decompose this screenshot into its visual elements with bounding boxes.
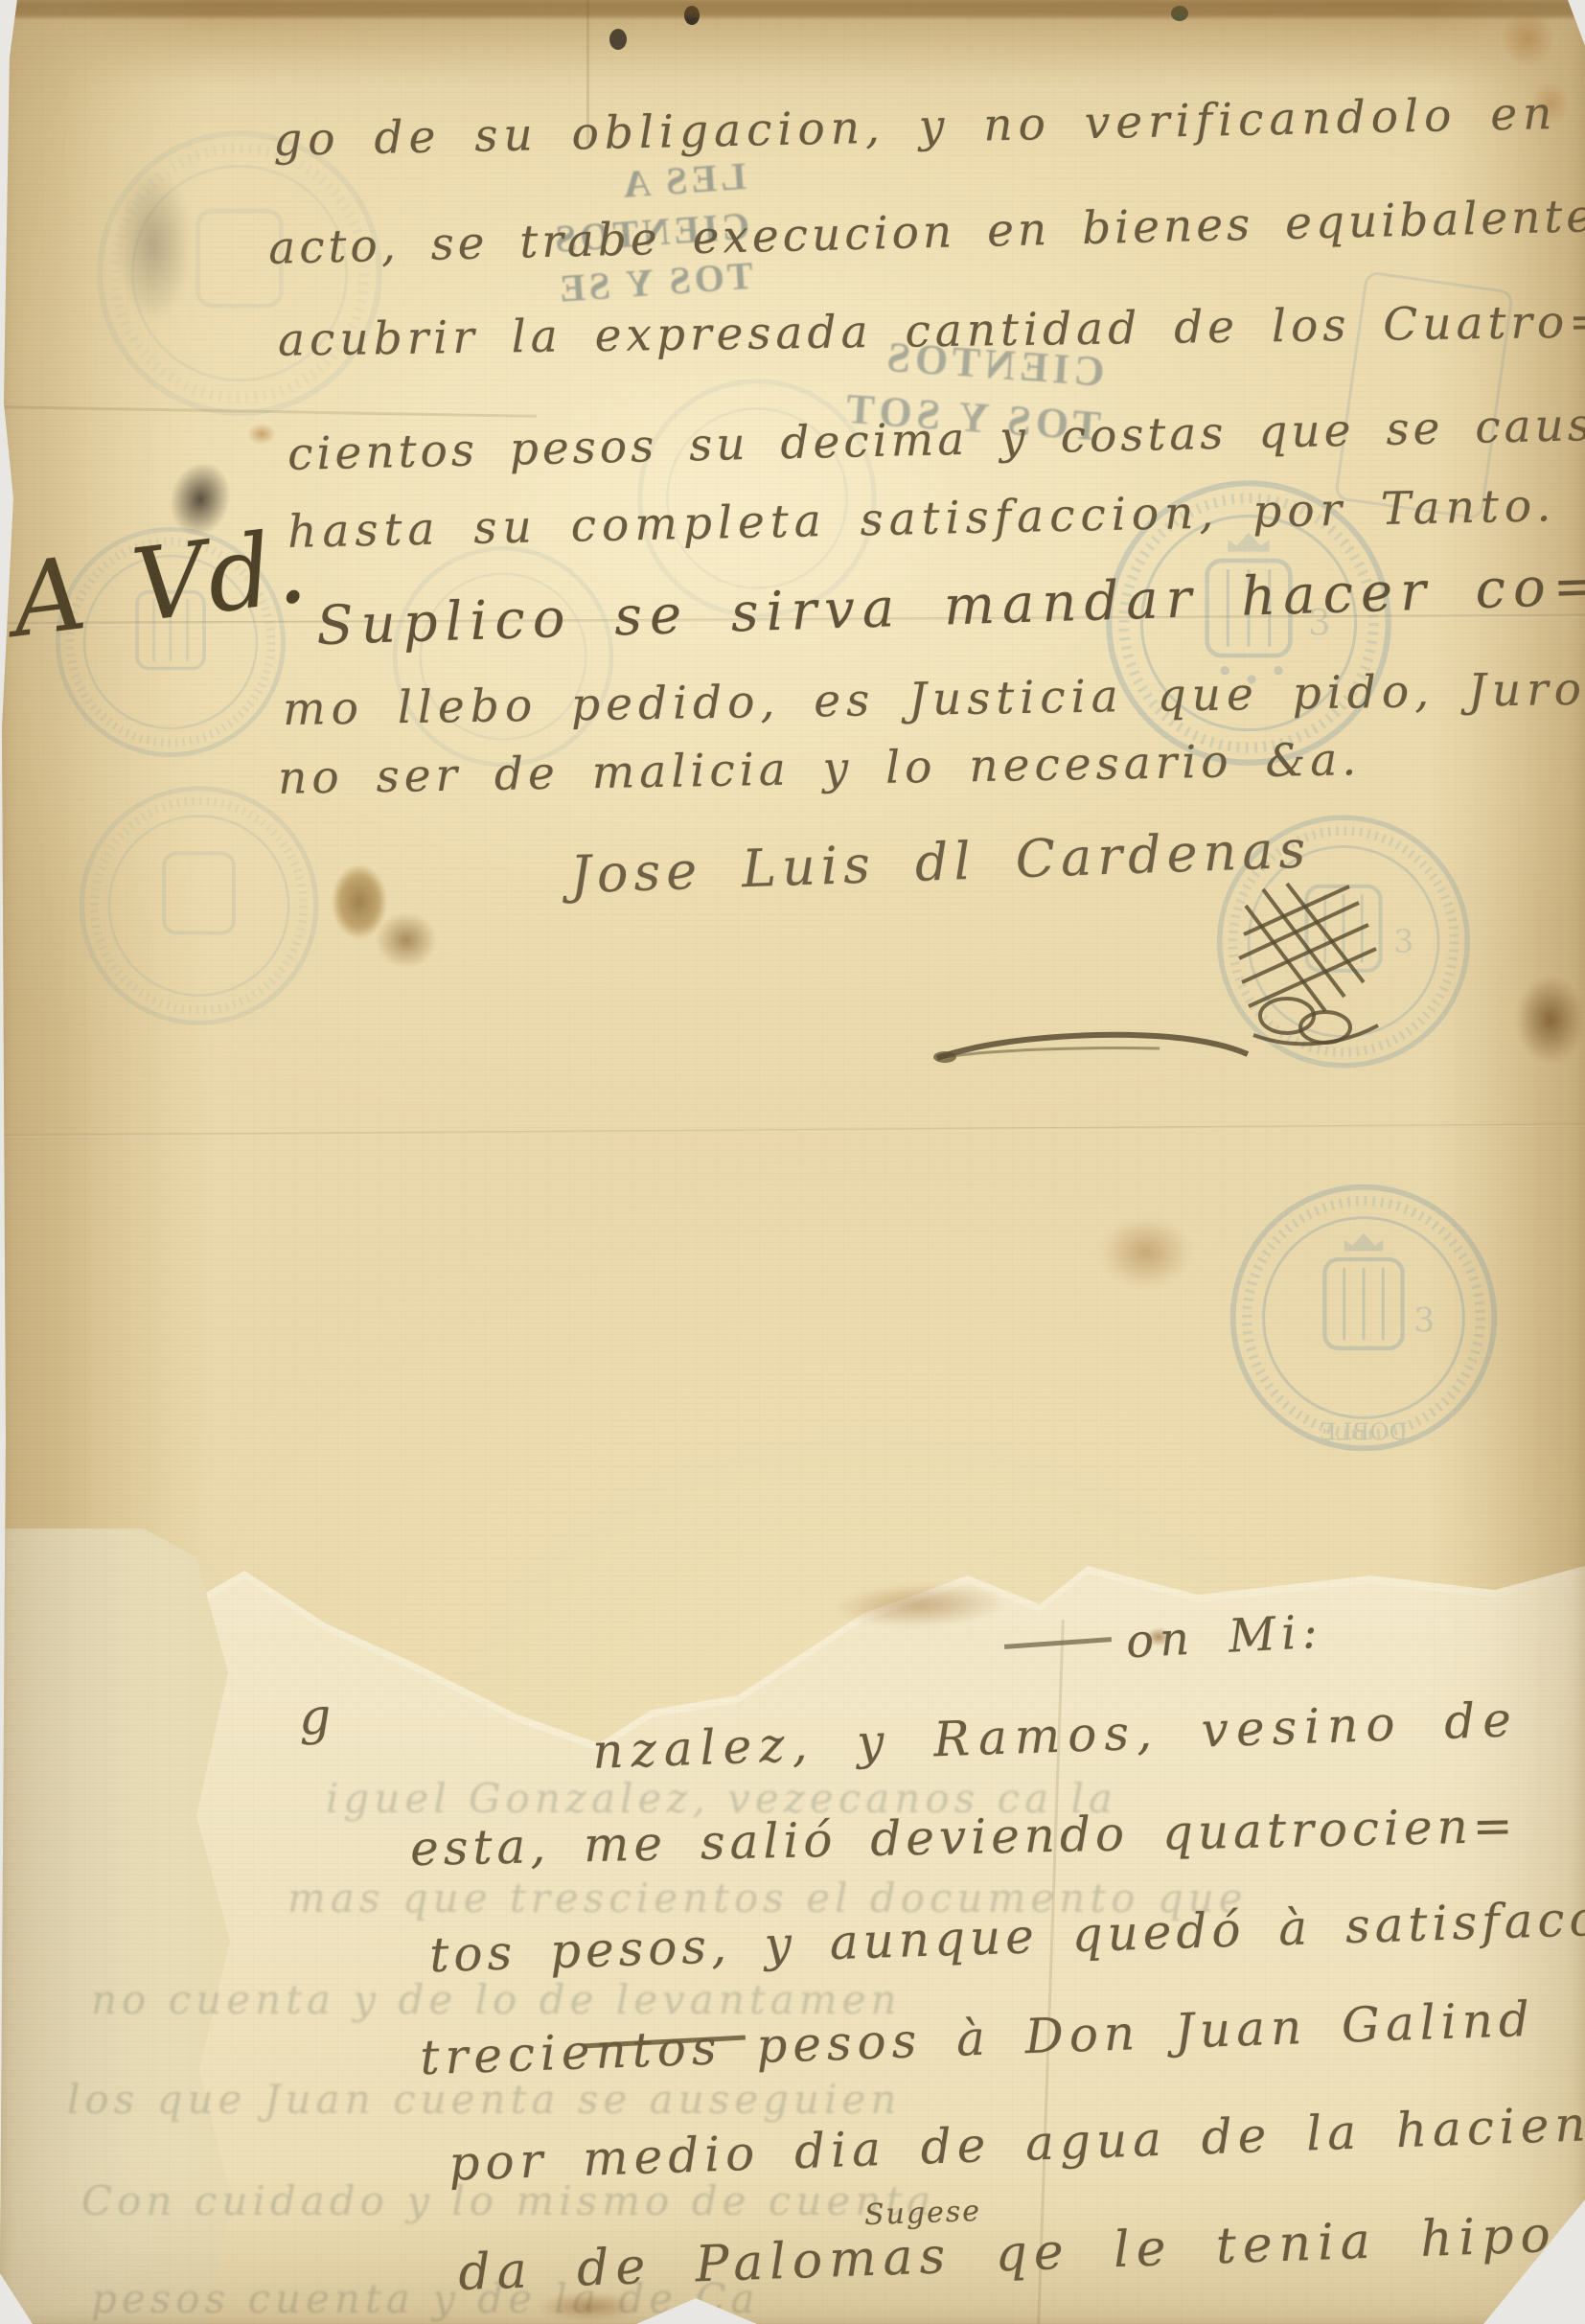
corner-dash-stroke — [1004, 1637, 1112, 1649]
ink-dot — [684, 6, 700, 25]
fold-crease — [0, 1123, 1585, 1138]
circular-seal-right-lower: 3DOBLE — [1225, 1174, 1503, 1461]
ink-dot — [609, 29, 627, 50]
foxing-spot — [1501, 10, 1554, 67]
brown-stain — [332, 864, 387, 939]
manuscript-line: nzalez, y Ramos, vesino de — [591, 1691, 1519, 1780]
foxing-spot — [247, 424, 276, 445]
circular-seal-center-left — [379, 541, 628, 771]
showthrough-line: no cuenta y de lo de levantamen — [91, 1976, 902, 2023]
seal-mark: 3 — [1393, 923, 1413, 960]
paper-sheet: 3 3 3DOBLE LES A CIENTOS TOS Y SE CIENTO… — [0, 0, 1585, 2324]
manuscript-line: acto, se trabe execucion en bienes equib… — [268, 190, 1585, 275]
smear-stain — [833, 1580, 1006, 1630]
signature-text: Jose Luis dl Cardenas — [569, 819, 1312, 906]
manuscript-line: g — [298, 1688, 335, 1746]
brown-stain — [376, 912, 437, 968]
shield-icon — [164, 853, 234, 932]
green-dot — [1171, 6, 1188, 21]
top-edge-shading — [0, 0, 1585, 17]
circular-seal-left-mid — [72, 781, 326, 1030]
seal-ring-text: DOBLE — [1320, 1418, 1408, 1446]
manuscript-line: acubrir la expresada cantidad de los Cua… — [278, 295, 1585, 366]
crown-icon — [1344, 1233, 1384, 1252]
circular-seal-top-left — [81, 125, 398, 422]
manuscript-line: go de su obligacion, y no verificandolo … — [273, 87, 1558, 167]
brown-patch — [1100, 1217, 1192, 1288]
edge-stain — [1516, 976, 1585, 1064]
manuscript-scan: 3 3 3DOBLE LES A CIENTOS TOS Y SE CIENTO… — [0, 0, 1585, 2324]
corner-fragment: on Mi: — [1125, 1605, 1324, 1669]
seal-mark: 3 — [1413, 1302, 1435, 1341]
signature-underline-stroke — [930, 1018, 1255, 1075]
